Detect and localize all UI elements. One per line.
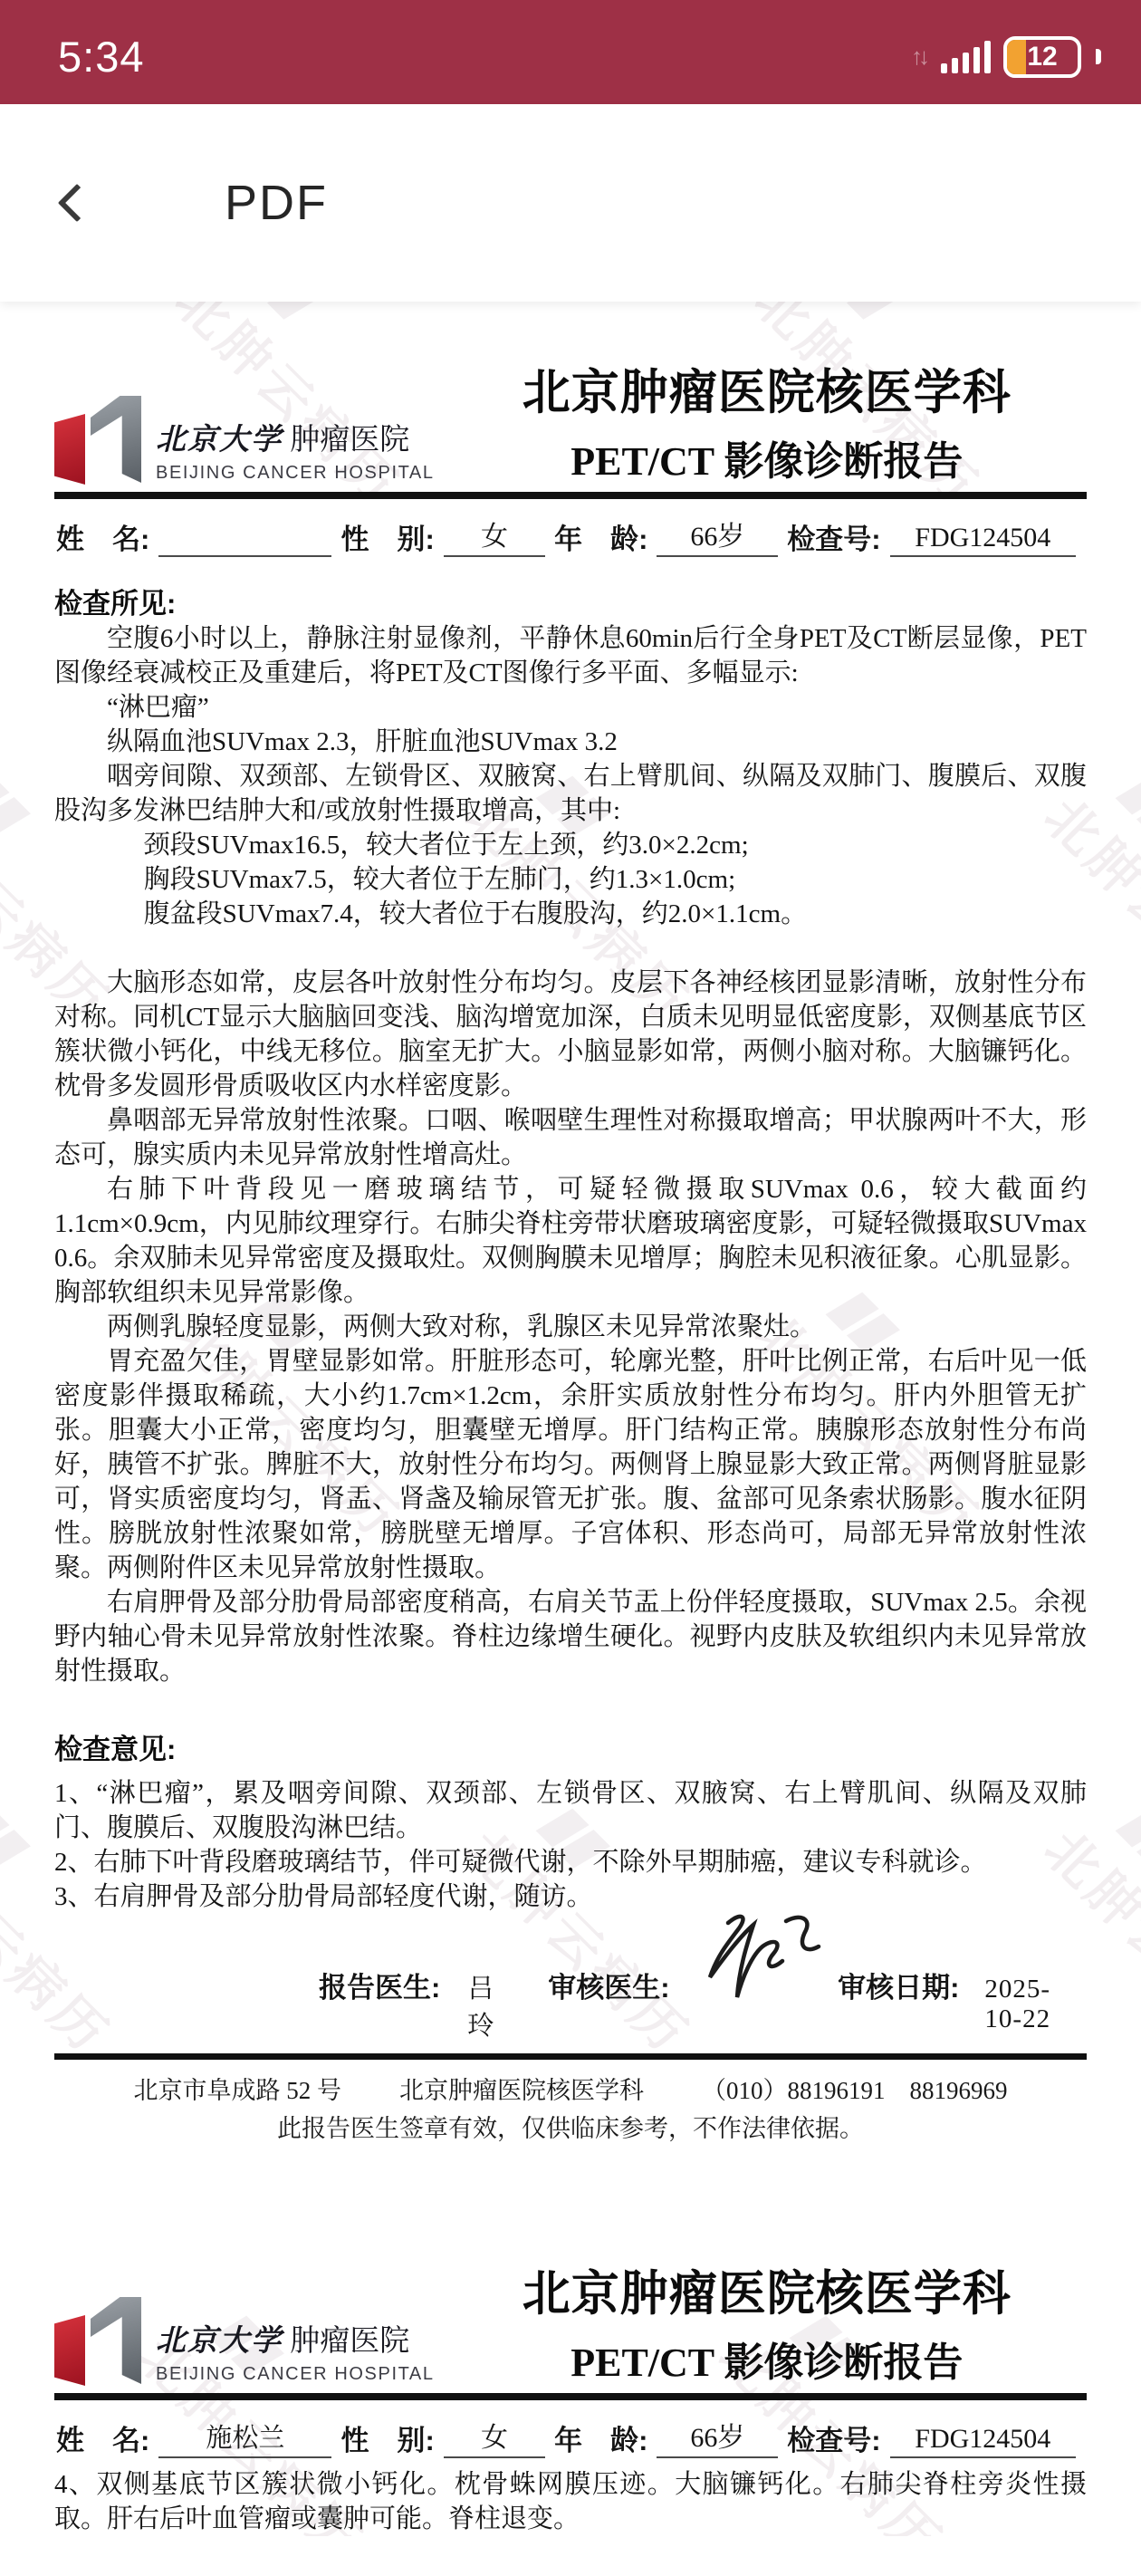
hospital-name-en: BEIJING CANCER HOSPITAL [156,464,435,483]
patient-sex: 女 [444,514,545,557]
footer-rule [54,2053,1087,2060]
footer-phone: （010）88196191 88196969 [702,2072,1008,2109]
back-button[interactable] [54,162,136,244]
disclaimer: 此报告医生签章有效，仅供临床参考，不作法律依据。 [54,2109,1087,2148]
hospital-name-en: BEIJING CANCER HOSPITAL [156,2365,435,2384]
review-doctor-label: 审核医生: [548,1965,669,2005]
page2-body: 4、双侧基底节区簇状微小钙化。枕骨蛛网膜压迹。大脑镰钙化。右肺尖脊柱旁炎性摄取。… [54,2467,1087,2536]
hospital-address: 北京市阜成路 52 号 [134,2072,342,2109]
impression-item: 3、右肩胛骨及部分肋骨局部轻度代谢，随访。 [54,1879,1087,1914]
patient-name-redacted [158,523,331,557]
finding-paragraph: 大脑形态如常，皮层各叶放射性分布均匀。皮层下各神经核团显影清晰，放射性分布对称。… [54,966,1087,1103]
impression-heading: 检查意见: [54,1726,1087,1767]
review-date-label: 审核日期: [838,1965,959,2005]
report-title: PET/CT 影像诊断报告 [456,428,1078,486]
signal-strength-icon [941,41,991,73]
app-bar: PDF [0,104,1141,302]
battery-icon: 12 [1003,36,1081,78]
impression-item: 1、“淋巴瘤”，累及咽旁间隙、双颈部、左锁骨区、双腋窝、右上臂肌间、纵隔及双肺门… [54,1776,1087,1845]
header-rule [54,492,1087,499]
age-label: 年 龄: [554,516,647,557]
department-title: 北京肿瘤医院核医学科 [456,2255,1078,2324]
battery-fill [1007,40,1026,74]
exam-no-label: 检查号: [787,516,880,557]
patient-sex: 女 [444,2415,545,2458]
header-rule [54,2393,1087,2400]
report-header: 北京大学 肿瘤医院 BEIJING CANCER HOSPITAL 北京肿瘤医院… [54,354,1087,486]
name-label: 姓 名: [56,516,149,557]
battery-percent: 12 [1027,42,1057,72]
impression-body: 1、“淋巴瘤”，累及咽旁间隙、双颈部、左锁骨区、双腋窝、右上臂肌间、纵隔及双肺门… [54,1776,1087,1914]
review-date: 2025-10-22 [984,1975,1087,2034]
impression-item: 2、右肺下叶背段磨玻璃结节，伴可疑微代谢，不除外早期肺癌，建议专科就诊。 [54,1845,1087,1879]
network-arrows-icon: ↑↓ [911,43,928,71]
hospital-logo-icon [54,2297,141,2388]
footer-dept: 北京肿瘤医院核医学科 [399,2072,644,2109]
page-title: PDF [225,175,328,231]
finding-paragraph: “淋巴瘤” [54,690,1087,725]
age-label: 年 龄: [554,2417,647,2458]
report-page-1: 北京大学 肿瘤医院 BEIJING CANCER HOSPITAL 北京肿瘤医院… [54,354,1087,2148]
patient-name: 施松兰 [158,2417,331,2458]
battery-nub [1096,49,1101,64]
finding-paragraph: 鼻咽部无异常放射性浓聚。口咽、喉咽壁生理性对称摄取增高；甲状腺两叶不大，形态可，… [54,1103,1087,1172]
hospital-logo: 北京大学 肿瘤医院 BEIJING CANCER HOSPITAL [54,2297,435,2388]
report-doctor-label: 报告医生: [319,1965,440,2005]
hospital-logo: 北京大学 肿瘤医院 BEIJING CANCER HOSPITAL [54,396,435,486]
patient-exam-no: FDG124504 [890,2424,1076,2458]
finding-paragraph: 两侧乳腺轻度显影，两侧大致对称，乳腺区未见异常浓聚灶。 [54,1310,1087,1344]
patient-age: 66岁 [657,514,778,557]
finding-paragraph: 颈段SUVmax16.5，较大者位于左上颈，约3.0×2.2cm; [54,828,1087,862]
report-page-2: 北京大学 肿瘤医院 BEIJING CANCER HOSPITAL 北京肿瘤医院… [54,2255,1087,2536]
finding-paragraph: 腹盆段SUVmax7.4，较大者位于右腹股沟，约2.0×1.1cm。 [54,897,1087,931]
patient-info-row: 姓 名: 施松兰 性 别: 女 年 龄: 66岁 检查号: FDG124504 [54,2400,1087,2460]
chevron-left-icon [58,184,96,222]
finding-paragraph: 咽旁间隙、双颈部、左锁骨区、双腋窝、右上臂肌间、纵隔及双肺门、腹膜后、双腹股沟多… [54,759,1087,828]
finding-paragraph: 空腹6小时以上，静脉注射显像剂，平静休息60min后行全身PET及CT断层显像，… [54,621,1087,690]
report-doctor-name: 吕玲 [467,1968,508,2043]
patient-info-row: 姓 名: 性 别: 女 年 龄: 66岁 检查号: FDG124504 [54,499,1087,559]
report-title: PET/CT 影像诊断报告 [456,2330,1078,2388]
status-bar: 5:34 ↑↓ 12 [0,0,1141,104]
patient-age: 66岁 [657,2415,778,2458]
finding-paragraph: 胃充盈欠佳，胃壁显影如常。肝脏形态可，轮廓光整，肝叶比例正常，右后叶见一低密度影… [54,1344,1087,1585]
sex-label: 性 别: [340,2417,434,2458]
exam-no-label: 检查号: [787,2417,880,2458]
reviewer-signature [676,1961,801,1997]
signature-row: 报告医生: 吕玲 审核医生: 审核日期: 2025-10-22 [54,1961,1087,2043]
impression-item-continued: 4、双侧基底节区簇状微小钙化。枕骨蛛网膜压迹。大脑镰钙化。右肺尖脊柱旁炎性摄取。… [54,2467,1087,2536]
clock: 5:34 [58,32,144,82]
findings-body: 空腹6小时以上，静脉注射显像剂，平静休息60min后行全身PET及CT断层显像，… [54,621,1087,1688]
hospital-name-cn: 北京大学 肿瘤医院 [156,2326,435,2358]
handwritten-signature-icon [681,1903,844,2012]
sex-label: 性 别: [340,516,434,557]
report-header: 北京大学 肿瘤医院 BEIJING CANCER HOSPITAL 北京肿瘤医院… [54,2255,1087,2388]
pdf-document-view[interactable]: 北肿云病历 北肿云病历 北肿云病历 北肿云病历 北肿云病历 北肿云病历 北肿云病… [0,302,1141,2536]
hospital-name-cn: 北京大学 肿瘤医院 [156,425,435,457]
department-title: 北京肿瘤医院核医学科 [456,354,1078,423]
report-footer: 北京市阜成路 52 号 北京肿瘤医院核医学科 （010）88196191 881… [54,2072,1087,2148]
patient-exam-no: FDG124504 [890,523,1076,557]
finding-paragraph: 纵隔血池SUVmax 2.3，肝脏血池SUVmax 3.2 [54,725,1087,759]
finding-paragraph: 右肺下叶背段见一磨玻璃结节，可疑轻微摄取SUVmax 0.6，较大截面约1.1c… [54,1172,1087,1310]
finding-paragraph: 胸段SUVmax7.5，较大者位于左肺门，约1.3×1.0cm; [54,862,1087,897]
findings-heading: 检查所见: [54,581,1087,621]
hospital-logo-icon [54,396,141,486]
name-label: 姓 名: [56,2417,149,2458]
finding-paragraph: 右肩胛骨及部分肋骨局部密度稍高，右肩关节盂上份伴轻度摄取，SUVmax 2.5。… [54,1585,1087,1688]
